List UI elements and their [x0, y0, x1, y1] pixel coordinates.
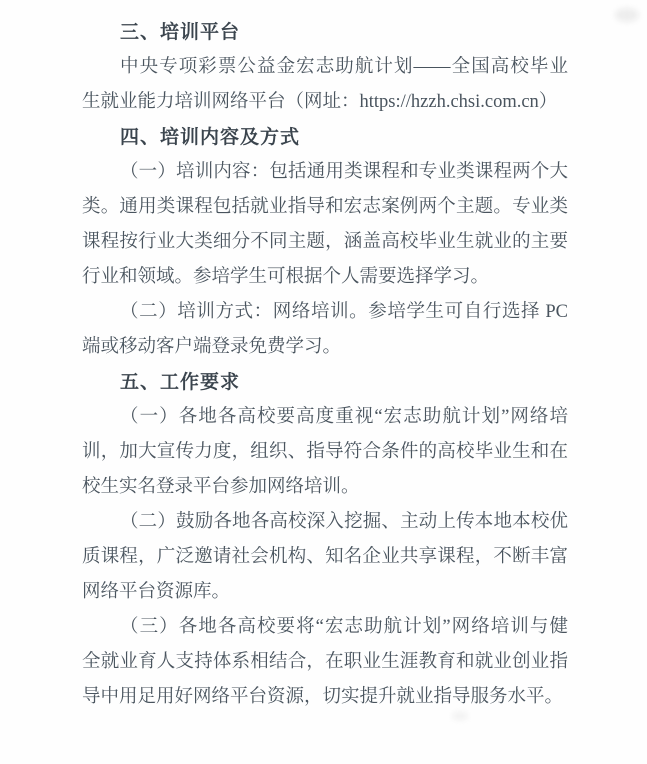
text-line: 网络平台资源库。 [82, 575, 568, 610]
text-line: 行业和领域。参培学生可根据个人需要选择学习。 [82, 260, 568, 295]
text-line: 类。通用类课程包括就业指导和宏志案例两个主题。专业类 [82, 190, 568, 225]
text-line: （一）培训内容：包括通用类课程和专业类课程两个大 [82, 155, 568, 190]
text-line: （二）鼓励各地各高校深入挖掘、主动上传本地本校优 [82, 505, 568, 540]
text-line: 训，加大宣传力度，组织、指导符合条件的高校毕业生和在 [82, 435, 568, 470]
text-line: 课程按行业大类细分不同主题，涵盖高校毕业生就业的主要 [82, 225, 568, 260]
text-line: 中央专项彩票公益金宏志助航计划——全国高校毕业 [82, 50, 568, 85]
text-line: 全就业育人支持体系相结合，在职业生涯教育和就业创业指 [82, 645, 568, 680]
document-text-block: 三、培训平台 中央专项彩票公益金宏志助航计划——全国高校毕业 生就业能力培训网络… [82, 15, 568, 715]
text-line: （三）各地各高校要将“宏志助航计划”网络培训与健 [82, 610, 568, 645]
section-heading-4: 四、培训内容及方式 [82, 120, 568, 155]
scan-smudge [615, 8, 639, 22]
section-heading-3: 三、培训平台 [82, 15, 568, 50]
text-line: （二）培训方式：网络培训。参培学生可自行选择 PC [82, 295, 568, 330]
text-line: （一）各地各高校要高度重视“宏志助航计划”网络培 [82, 400, 568, 435]
text-line-with-url: 生就业能力培训网络平台（网址：https://hzzh.chsi.com.cn） [82, 85, 568, 120]
text-line: 端或移动客户端登录免费学习。 [82, 330, 568, 365]
text-line: 校生实名登录平台参加网络培训。 [82, 470, 568, 505]
section-heading-5: 五、工作要求 [82, 365, 568, 400]
text-line: 导中用足用好网络平台资源，切实提升就业指导服务水平。 [82, 680, 568, 715]
text-line: 质课程，广泛邀请社会机构、知名企业共享课程，不断丰富 [82, 540, 568, 575]
document-page: 三、培训平台 中央专项彩票公益金宏志助航计划——全国高校毕业 生就业能力培训网络… [0, 0, 647, 764]
